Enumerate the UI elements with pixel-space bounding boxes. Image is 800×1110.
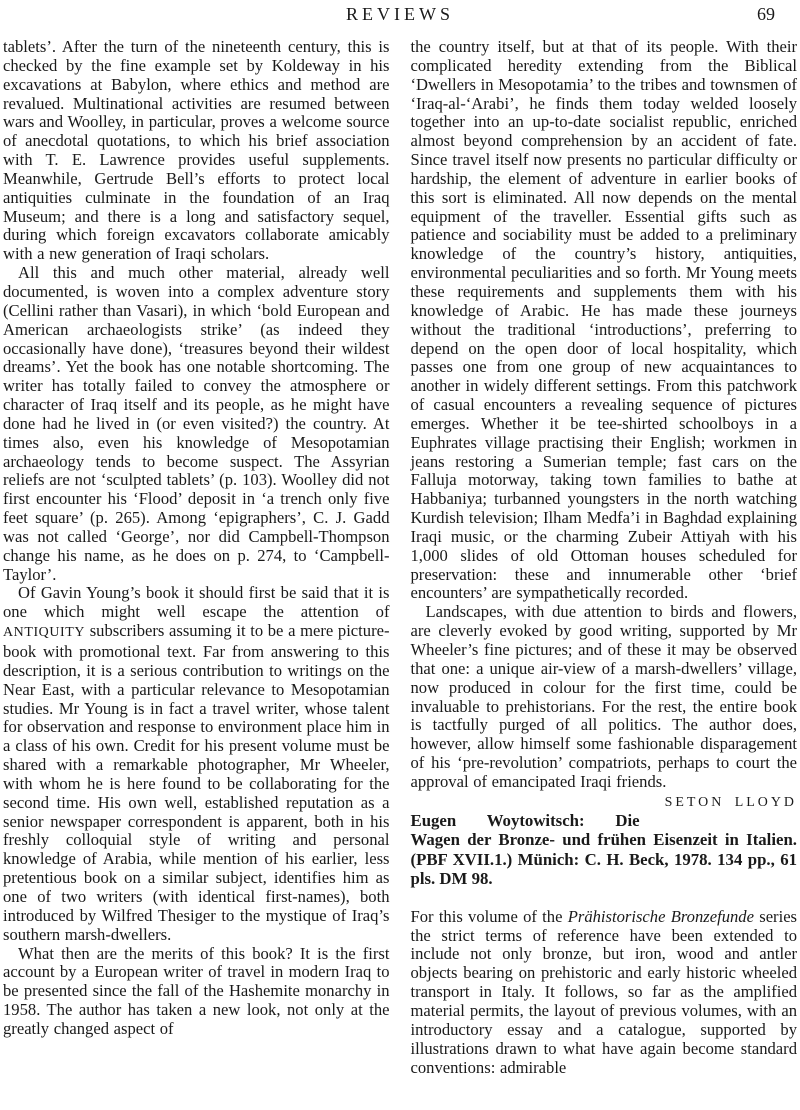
journal-page: REVIEWS 69 tablets’. After the turn of t… — [0, 0, 800, 1110]
paragraph: Of Gavin Young’s book it should first be… — [3, 584, 390, 944]
text-run: subscribers assuming it to be a mere pic… — [3, 621, 390, 944]
text-run: tablets’. After the turn of the nineteen… — [3, 37, 390, 263]
paragraph: All this and much other material, alread… — [3, 264, 390, 584]
text-run: For this volume of the — [411, 907, 568, 926]
paragraph: What then are the merits of this book? I… — [3, 945, 390, 1039]
reviewer-signature: SETON LLOYD — [650, 792, 797, 813]
text-run: the country itself, but at that of its p… — [411, 37, 798, 602]
text-run: Landscapes, with due attention to birds … — [411, 602, 798, 791]
page-number: 69 — [757, 4, 775, 25]
text-run-italic: Prähistorische Bronzefunde — [568, 907, 754, 926]
text-run: Eugen Woytowitsch: Die Wagen der Bronze-… — [411, 811, 798, 889]
running-header: REVIEWS 69 — [3, 4, 797, 32]
page-title: REVIEWS — [3, 4, 797, 25]
text-run-smallcaps: ANTIQUITY — [3, 625, 85, 640]
left-column: tablets’. After the turn of the nineteen… — [3, 38, 390, 1077]
paragraph: tablets’. After the turn of the nineteen… — [3, 38, 390, 264]
text-run: Of Gavin Young’s book it should first be… — [3, 583, 390, 621]
text-run: All this and much other material, alread… — [3, 263, 390, 584]
paragraph: Landscapes, with due attention to birds … — [411, 603, 798, 791]
two-column-text-body: tablets’. After the turn of the nineteen… — [3, 38, 797, 1077]
text-run: What then are the merits of this book? I… — [3, 944, 390, 1038]
review-heading: Eugen Woytowitsch: Die Wagen der Bronze-… — [411, 811, 798, 889]
right-column: the country itself, but at that of its p… — [411, 38, 798, 1077]
paragraph: the country itself, but at that of its p… — [411, 38, 798, 603]
paragraph: For this volume of the Prähistorische Br… — [411, 908, 798, 1078]
text-run: series the strict terms of reference hav… — [411, 907, 798, 1077]
